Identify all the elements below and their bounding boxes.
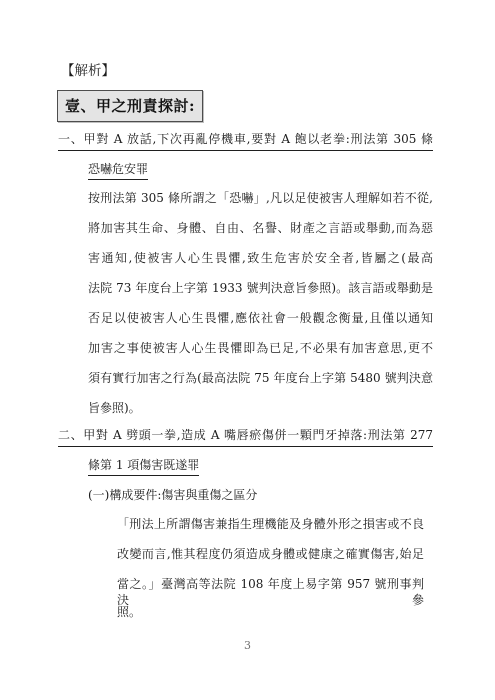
analysis-label: 【解析】 [61,63,115,79]
point-one-body-line: 按刑法第 305 條所謂之「恐嚇」,凡以足使被害人理解如若不從, [88,190,433,206]
point-one-body-line: 否足以使被害人心生畏懼,應依社會一般觀念衡量,且僅以通知 [88,310,433,326]
point-two-title-line1: 二、甲對 A 劈頭一拳,造成 A 嘴唇瘀傷併一顆門牙掉落:刑法第 277 [58,427,433,447]
point-one-body-line: 旨參照)。 [88,400,141,416]
point-two-quote-line: 照。 [117,604,141,620]
point-one-title-line2: 恐嚇危安罪 [88,161,148,177]
point-two-sub-item: (一)構成要件:傷害與重傷之區分 [88,487,257,503]
part-heading-text: 壹、甲之刑責探討: [65,97,195,115]
point-one-body-line: 須有實行加害之行為(最高法院 75 年度台上字第 5480 號判決意 [88,370,433,386]
part-heading-box: 壹、甲之刑責探討: [57,90,203,122]
point-one-body-line: 法院 73 年度台上字第 1933 號判決意旨參照)。該言語或舉動是 [88,280,433,296]
point-one-body-line: 將加害其生命、身體、自由、名譽、財產之言語或舉動,而為惡 [88,220,433,236]
point-two-title-line2: 條第 1 項傷害既遂罪 [88,457,199,473]
point-one-title-line2-text: 恐嚇危安罪 [88,162,148,180]
point-one-title-line1: 一、甲對 A 放話,下次再亂停機車,要對 A 飽以老拳:刑法第 305 條 [58,131,433,151]
document-page: 【解析】 壹、甲之刑責探討: 一、甲對 A 放話,下次再亂停機車,要對 A 飽以… [0,0,495,700]
point-one-body-line: 加害之事使被害人心生畏懼即為已足,不必果有加害意思,更不 [88,340,433,356]
point-two-quote-line: 「刑法上所謂傷害兼指生理機能及身體外形之損害或不良 [117,516,424,532]
point-one-body-line: 害通知,使被害人心生畏懼,致生危害於安全者,皆屬之(最高 [88,250,433,266]
page-number: 3 [0,639,495,652]
point-two-title-line2-text: 條第 1 項傷害既遂罪 [88,458,199,476]
point-two-quote-line: 改變而言,惟其程度仍須造成身體或健康之確實傷害,始足 [117,546,424,562]
point-two-quote-line: 當之。」臺灣高等法院 108 年度上易字第 957 號刑事判決參 [117,576,424,608]
